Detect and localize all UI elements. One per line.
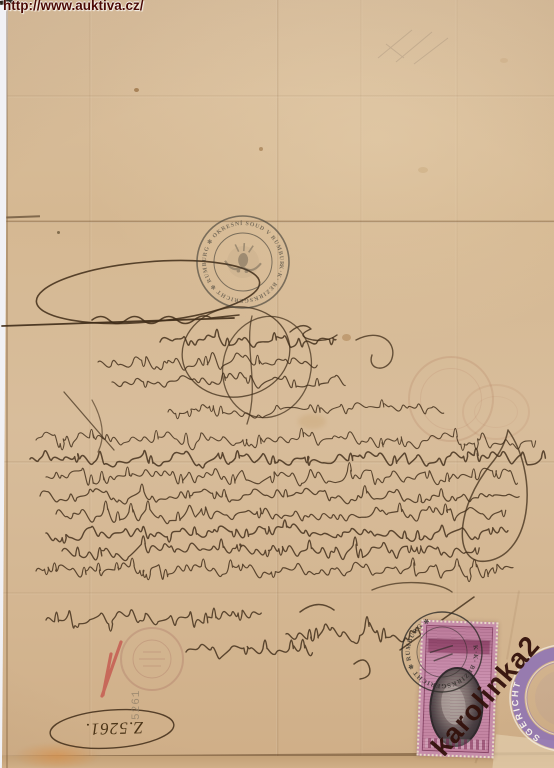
circled-registry-number: Z.5261. bbox=[64, 716, 165, 739]
ink-stroke bbox=[462, 430, 527, 561]
ink-stroke bbox=[168, 400, 444, 419]
ink-stroke bbox=[40, 484, 519, 504]
ink-stroke bbox=[186, 639, 312, 658]
ink-stroke bbox=[290, 326, 337, 341]
ink-stroke bbox=[62, 536, 479, 561]
ink-stroke bbox=[356, 335, 393, 368]
pencil-registry-number: 5261 bbox=[131, 678, 143, 720]
ink-stroke bbox=[46, 520, 508, 543]
ink-stroke bbox=[372, 583, 452, 592]
ink-stroke bbox=[354, 660, 370, 679]
ink-stroke bbox=[300, 604, 334, 612]
url-watermark: http://www.auktiva.cz/ bbox=[3, 0, 144, 13]
cancel-stamp-ring-text: K·K· BEZIRKSGERICHT ✻ RUMBURG ✻ bbox=[398, 609, 486, 696]
svg-text:K·K· BEZIRKSGERICHT ✻ RUMBURG: K·K· BEZIRKSGERICHT ✻ RUMBURG ✻ bbox=[398, 609, 486, 696]
ink-stroke bbox=[56, 501, 506, 524]
court-round-stamp: K·K· BEZIRKSGERICHT ✻ RUMBURG ✻ OKRESNÍ … bbox=[183, 202, 303, 322]
ink-stroke bbox=[46, 463, 517, 486]
double-eagle-icon bbox=[224, 242, 262, 279]
ink-stroke bbox=[98, 353, 317, 371]
pencil-scribble bbox=[378, 30, 448, 64]
ink-stroke bbox=[30, 448, 545, 468]
faint-round-stamp bbox=[117, 624, 187, 694]
ink-stroke bbox=[36, 558, 513, 582]
ink-stroke bbox=[247, 316, 252, 424]
scanned-document-page: K·K· BEZIRKSGERICHT ✻ RUMBURG ✻ OKRESNÍ … bbox=[0, 0, 554, 768]
ink-stroke bbox=[160, 329, 336, 347]
ink-stroke bbox=[64, 392, 114, 450]
